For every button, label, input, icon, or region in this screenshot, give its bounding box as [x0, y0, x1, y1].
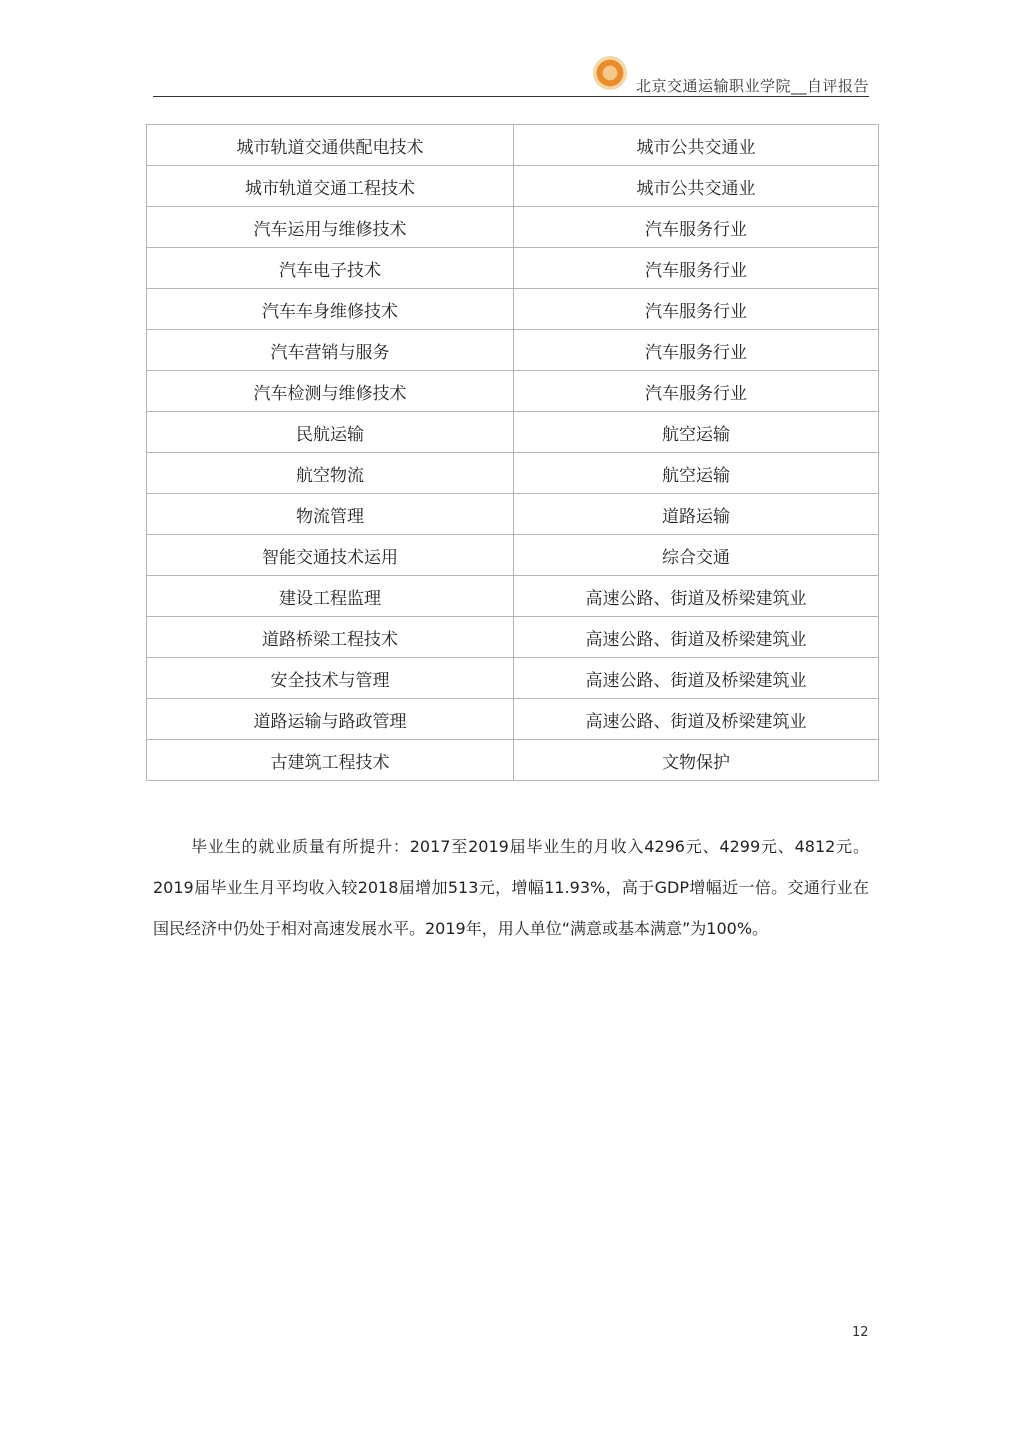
employment-quality-paragraph: 毕业生的就业质量有所提升：2017至2019届毕业生的月收入4296元、4299…: [153, 826, 869, 949]
industry-cell: 城市公共交通业: [514, 166, 879, 207]
major-cell: 汽车检测与维修技术: [147, 371, 514, 412]
major-cell: 城市轨道交通工程技术: [147, 166, 514, 207]
major-cell: 智能交通技术运用: [147, 535, 514, 576]
industry-cell: 汽车服务行业: [514, 207, 879, 248]
page-number: 12: [852, 1325, 869, 1340]
major-cell: 道路运输与路政管理: [147, 699, 514, 740]
table-row: 城市轨道交通工程技术城市公共交通业: [147, 166, 879, 207]
major-industry-table: 城市轨道交通供配电技术城市公共交通业城市轨道交通工程技术城市公共交通业汽车运用与…: [146, 124, 879, 781]
industry-cell: 汽车服务行业: [514, 289, 879, 330]
major-cell: 民航运输: [147, 412, 514, 453]
table-row: 汽车运用与维修技术汽车服务行业: [147, 207, 879, 248]
table-row: 汽车车身维修技术汽车服务行业: [147, 289, 879, 330]
table-row: 航空物流航空运输: [147, 453, 879, 494]
industry-cell: 城市公共交通业: [514, 125, 879, 166]
major-cell: 物流管理: [147, 494, 514, 535]
industry-cell: 高速公路、街道及桥梁建筑业: [514, 576, 879, 617]
table-row: 建设工程监理高速公路、街道及桥梁建筑业: [147, 576, 879, 617]
industry-cell: 综合交通: [514, 535, 879, 576]
major-cell: 古建筑工程技术: [147, 740, 514, 781]
major-cell: 建设工程监理: [147, 576, 514, 617]
table-row: 汽车检测与维修技术汽车服务行业: [147, 371, 879, 412]
table-row: 汽车电子技术汽车服务行业: [147, 248, 879, 289]
industry-cell: 高速公路、街道及桥梁建筑业: [514, 699, 879, 740]
table-row: 安全技术与管理高速公路、街道及桥梁建筑业: [147, 658, 879, 699]
major-cell: 道路桥梁工程技术: [147, 617, 514, 658]
major-cell: 汽车营销与服务: [147, 330, 514, 371]
major-cell: 汽车运用与维修技术: [147, 207, 514, 248]
table-row: 物流管理道路运输: [147, 494, 879, 535]
industry-cell: 道路运输: [514, 494, 879, 535]
table-row: 民航运输航空运输: [147, 412, 879, 453]
table-row: 古建筑工程技术文物保护: [147, 740, 879, 781]
industry-cell: 航空运输: [514, 453, 879, 494]
college-logo-icon: [593, 56, 627, 90]
table-row: 智能交通技术运用综合交通: [147, 535, 879, 576]
industry-cell: 航空运输: [514, 412, 879, 453]
major-cell: 航空物流: [147, 453, 514, 494]
major-cell: 安全技术与管理: [147, 658, 514, 699]
industry-cell: 文物保护: [514, 740, 879, 781]
table-row: 汽车营销与服务汽车服务行业: [147, 330, 879, 371]
industry-cell: 汽车服务行业: [514, 371, 879, 412]
table-row: 道路桥梁工程技术高速公路、街道及桥梁建筑业: [147, 617, 879, 658]
page-header: 北京交通运输职业学院__自评报告: [153, 56, 869, 97]
major-cell: 汽车车身维修技术: [147, 289, 514, 330]
industry-cell: 高速公路、街道及桥梁建筑业: [514, 617, 879, 658]
header-title: 北京交通运输职业学院__自评报告: [636, 75, 869, 96]
major-cell: 城市轨道交通供配电技术: [147, 125, 514, 166]
industry-cell: 汽车服务行业: [514, 330, 879, 371]
industry-cell: 汽车服务行业: [514, 248, 879, 289]
industry-cell: 高速公路、街道及桥梁建筑业: [514, 658, 879, 699]
table-row: 城市轨道交通供配电技术城市公共交通业: [147, 125, 879, 166]
table-row: 道路运输与路政管理高速公路、街道及桥梁建筑业: [147, 699, 879, 740]
major-cell: 汽车电子技术: [147, 248, 514, 289]
